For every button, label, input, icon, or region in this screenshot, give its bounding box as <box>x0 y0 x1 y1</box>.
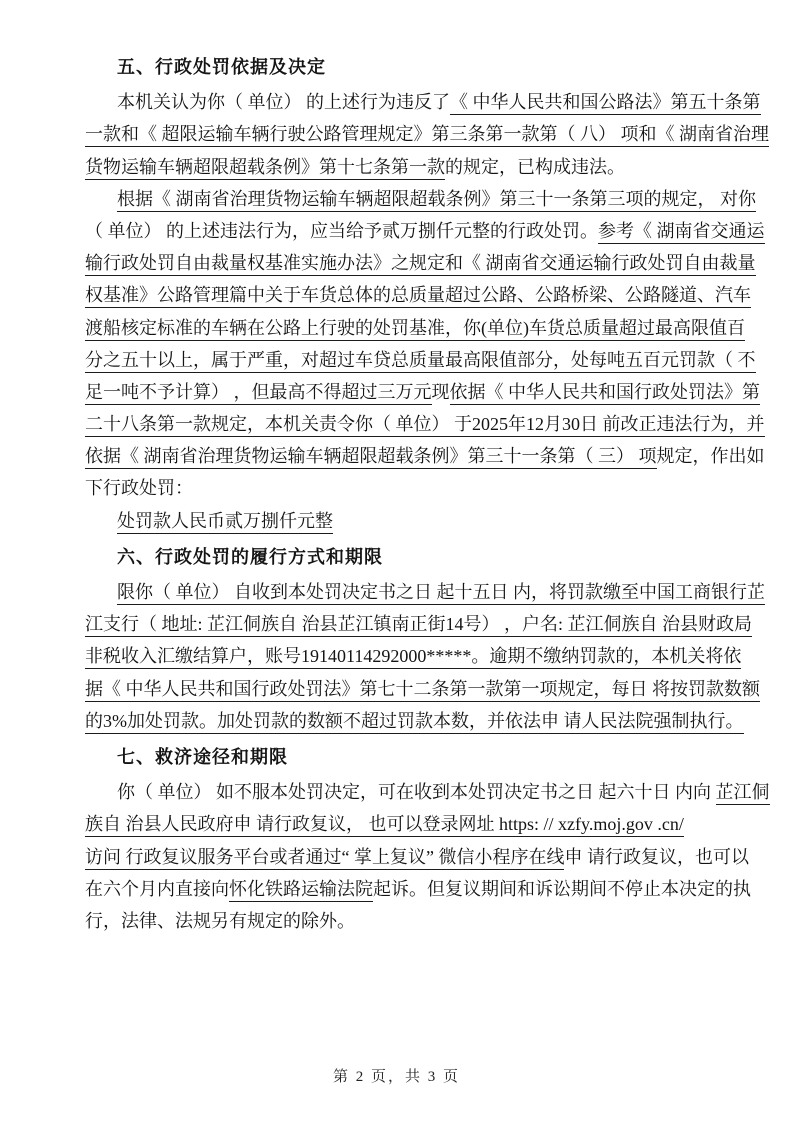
text-segment: 下行政处罚： <box>85 478 193 498</box>
document-line: 的3%加处罚款。加处罚款的数额不超过罚款本数，并依法申 请人民法院强制执行。 <box>85 705 753 737</box>
underlined-text: 根据《 湖南省治理货物运输车辆超限超载条例》第三十一条第三项的规定， 对你 <box>117 189 756 212</box>
underlined-text: 访问 行政复议服务平台或者通过“ 掌上复议” 微信小程序在线 <box>85 847 564 870</box>
underlined-text: 芷江侗 <box>716 782 770 805</box>
text-segment: 你（ 单位） 如不服本处罚决定，可在收到本处罚决定书之日 起六十日 内向 <box>117 782 716 802</box>
underlined-text: 处罚款人民币贰万捌仟元整 <box>117 511 333 534</box>
underlined-text: 渡船核定标准的车辆在公路上行驶的处罚基准，你(单位)车货总质量超过最高限值百 <box>85 318 745 341</box>
underlined-text: 一款和《 超限运输车辆行驶公路管理规定》第三条第一款第（ 八） 项和《 湖南省治… <box>85 124 769 147</box>
text-segment: 在六个月内直接向 <box>85 879 229 899</box>
underlined-text: 足一吨不予计算） ，但最高不得超过三万元 <box>85 382 432 405</box>
document-line: 下行政处罚： <box>85 472 753 504</box>
document-line: 货物运输车辆超限超载条例》第十七条第一款的规定，已构成违法。 <box>85 151 753 183</box>
document-line: 非税收入汇缴结算户，账号19140114292000*****。逾期不缴纳罚款的… <box>85 640 753 672</box>
document-line: 权基准》公路管理篇中关于车货总体的总质量超过公路、公路桥梁、公路隧道、汽车 <box>85 279 753 311</box>
document-line: 行，法律、法规另有规定的除外。 <box>85 905 753 937</box>
underlined-text: 分之五十以上，属于严重，对超过车贷总质量最高限值部分，处每吨五百元罚款（ 不 <box>85 350 756 373</box>
document-line: 依据《 湖南省治理货物运输车辆超限超载条例》第三十一条第（ 三） 项规定，作出如 <box>85 440 753 472</box>
document-line: 根据《 湖南省治理货物运输车辆超限超载条例》第三十一条第三项的规定， 对你 <box>85 183 753 215</box>
document-line: 限你（ 单位） 自收到本处罚决定书之日 起十五日 内，将罚款缴至中国工商银行芷 <box>85 576 753 608</box>
underlined-text: 输行政处罚自由裁量权基准实施办法》之规定和《 湖南省交通运输行政处罚自由裁量 <box>85 253 756 276</box>
document-line: 足一吨不予计算） ，但最高不得超过三万元现依据《 中华人民共和国行政处罚法》第 <box>85 376 753 408</box>
document-line: 二十八条第一款规定，本机关责令你（ 单位） 于2025年12月30日 前改正违法… <box>85 408 753 440</box>
document-line: 族自 治县人民政府申 请行政复议， 也可以登录网址 https: // xzfy… <box>85 808 753 840</box>
document-line: 在六个月内直接向怀化铁路运输法院起诉。但复议期间和诉讼期间不停止本决定的执 <box>85 873 753 905</box>
document-line: 访问 行政复议服务平台或者通过“ 掌上复议” 微信小程序在线申 请行政复议，也可… <box>85 841 753 873</box>
document-line: 江支行（ 地址: 芷江侗族自 治县芷江镇南正街14号） ，户名: 芷江侗族自 治… <box>85 608 753 640</box>
underlined-text: 二十八条第一款规定，本机关责令你（ 单位） 于2025年12月30日 前改正违法… <box>85 414 765 437</box>
document-line: 渡船核定标准的车辆在公路上行驶的处罚基准，你(单位)车货总质量超过最高限值百 <box>85 312 753 344</box>
underlined-text: 参考《 湖南省交通运 <box>598 221 765 244</box>
section-heading: 七、救济途径和期限 <box>85 741 753 773</box>
underlined-text: 据《 中华人民共和国行政处罚法》第七十二条第一款第一项规定，每日 将按罚款数额 <box>85 679 760 702</box>
underlined-text: 《 中华人民共和国公路法》第五十条第 <box>450 92 761 115</box>
underlined-text: 非税收入汇缴结算户，账号19140114292000*****。逾期不缴纳罚款的… <box>85 646 741 669</box>
text-segment: 本机关认为你（ 单位） 的上述行为违反了 <box>117 92 450 112</box>
document-line: 一款和《 超限运输车辆行驶公路管理规定》第三条第一款第（ 八） 项和《 湖南省治… <box>85 118 753 150</box>
underlined-text: 限你（ 单位） 自收到本处罚决定书之日 起十五日 内，将罚款缴至中国工商银行芷 <box>117 582 765 605</box>
underlined-text: 族自 治县人民政府申 请行政复议， 也可以登录网址 https: // xzfy… <box>85 814 684 837</box>
text-segment: 规定，作出如 <box>657 446 765 466</box>
page-number-footer: 第 2 页，共 3 页 <box>0 1065 793 1086</box>
text-segment: 起诉。但复议期间和诉讼期间不停止本决定的执 <box>373 879 751 899</box>
underlined-text: 权基准》公路管理篇中关于车货总体的总质量超过公路、公路桥梁、公路隧道、汽车 <box>85 285 751 308</box>
document-line: 处罚款人民币贰万捌仟元整 <box>85 505 753 537</box>
document-line: 据《 中华人民共和国行政处罚法》第七十二条第一款第一项规定，每日 将按罚款数额 <box>85 673 753 705</box>
document-line: （ 单位） 的上述违法行为，应当给予贰万捌仟元整的行政处罚。参考《 湖南省交通运 <box>85 215 753 247</box>
document-line: 你（ 单位） 如不服本处罚决定，可在收到本处罚决定书之日 起六十日 内向 芷江侗 <box>85 776 753 808</box>
underlined-text: 江支行（ 地址: 芷江侗族自 治县芷江镇南正街14号） ，户名: 芷江侗族自 治… <box>85 614 752 637</box>
document-line: 输行政处罚自由裁量权基准实施办法》之规定和《 湖南省交通运输行政处罚自由裁量 <box>85 247 753 279</box>
text-segment: 现 <box>432 382 450 402</box>
underlined-text: 依据《 湖南省治理货物运输车辆超限超载条例》第三十一条第（ 三） 项 <box>85 446 657 469</box>
section-heading: 六、行政处罚的履行方式和期限 <box>85 541 753 573</box>
text-segment: 申 请行政复议，也可以 <box>564 847 749 867</box>
underlined-text: 依据《 中华人民共和国行政处罚法》第 <box>450 382 761 405</box>
document-line: 分之五十以上，属于严重，对超过车贷总质量最高限值部分，处每吨五百元罚款（ 不 <box>85 344 753 376</box>
underlined-text: 的3%加处罚款。加处罚款的数额不超过罚款本数，并依法申 请人民法院强制执行。 <box>85 711 744 734</box>
document-body: 五、行政处罚依据及决定本机关认为你（ 单位） 的上述行为违反了《 中华人民共和国… <box>85 47 753 937</box>
text-segment: 的规定，已构成违法。 <box>445 157 625 177</box>
underlined-text: 货物运输车辆超限超载条例》第十七条第一款 <box>85 157 445 180</box>
underlined-text: 怀化铁路运输法院 <box>229 879 373 902</box>
document-line: 本机关认为你（ 单位） 的上述行为违反了《 中华人民共和国公路法》第五十条第 <box>85 86 753 118</box>
text-segment: （ 单位） 的上述违法行为，应当给予贰万捌仟元整的行政处罚。 <box>85 221 598 241</box>
text-segment: 行，法律、法规另有规定的除外。 <box>85 911 355 931</box>
section-heading: 五、行政处罚依据及决定 <box>85 51 753 83</box>
